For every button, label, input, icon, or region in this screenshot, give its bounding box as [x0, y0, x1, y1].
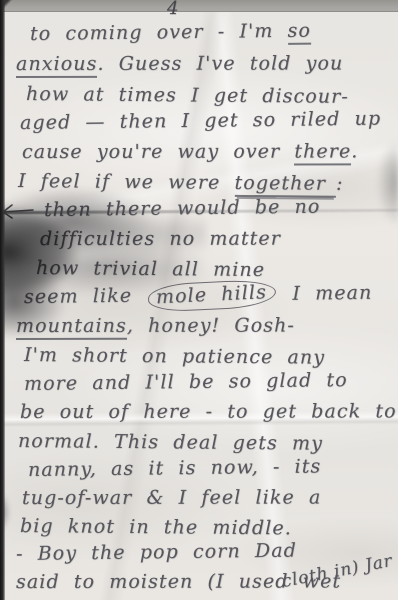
letter-line-5: cause you're way over there.	[22, 139, 358, 164]
letter-text: . Guess I've told you	[97, 52, 343, 74]
letter-line-1: to coming over - I'm so	[30, 19, 311, 46]
letter-text: more and I'll be so glad to	[24, 369, 348, 395]
underlined-word: anxious	[16, 53, 98, 78]
page-number: 4	[167, 0, 178, 19]
letter-text: big knot in the middle.	[20, 515, 292, 539]
letter-text: tug-of-war & I feel like a	[22, 486, 321, 509]
underlined-word: so	[287, 20, 311, 45]
letter-line-14: be out of here - to get back to	[20, 399, 397, 424]
letter-text: aged — then I get so riled up	[20, 108, 381, 134]
letter-text: - Boy the pop corn Dad	[16, 540, 297, 565]
letter-line-19: - Boy the pop corn Dad	[16, 539, 297, 566]
letter-line-15: normal. This deal gets my	[18, 429, 323, 456]
letter-line-12: I'm short on patience any	[24, 343, 325, 370]
letter-text: I mean	[278, 282, 372, 305]
letter-text: nanny, as it is now, - its	[28, 455, 322, 481]
letter-text: :	[336, 173, 344, 195]
letter-line-4: aged — then I get so riled up	[20, 107, 381, 135]
underlined-word: there	[294, 140, 351, 165]
letter-line-2: anxious. Guess I've told you	[16, 51, 343, 76]
letter-text: I'm short on patience any	[24, 344, 325, 369]
ink-smudge-stain	[0, 172, 206, 337]
letter-line-18: big knot in the middle.	[20, 514, 292, 540]
letter-text: normal. This deal gets my	[18, 430, 323, 455]
scanned-letter-page: 4 to coming over - I'm so anxious. Guess…	[0, 0, 398, 600]
letter-text: cause you're way over	[22, 141, 294, 163]
letter-text: how at times I get discour-	[26, 83, 349, 108]
letter-text: to coming over - I'm	[30, 20, 288, 45]
double-underlined-word: together	[234, 172, 336, 198]
letter-text: be out of here - to get back to	[20, 400, 397, 423]
letter-line-17: tug-of-war & I feel like a	[22, 485, 321, 510]
letter-line-3: how at times I get discour-	[26, 82, 349, 109]
letter-line-13: more and I'll be so glad to	[24, 368, 348, 396]
scan-left-edge	[0, 0, 5, 600]
letter-text: .	[351, 140, 358, 162]
letter-line-16: nanny, as it is now, - its	[28, 454, 322, 482]
